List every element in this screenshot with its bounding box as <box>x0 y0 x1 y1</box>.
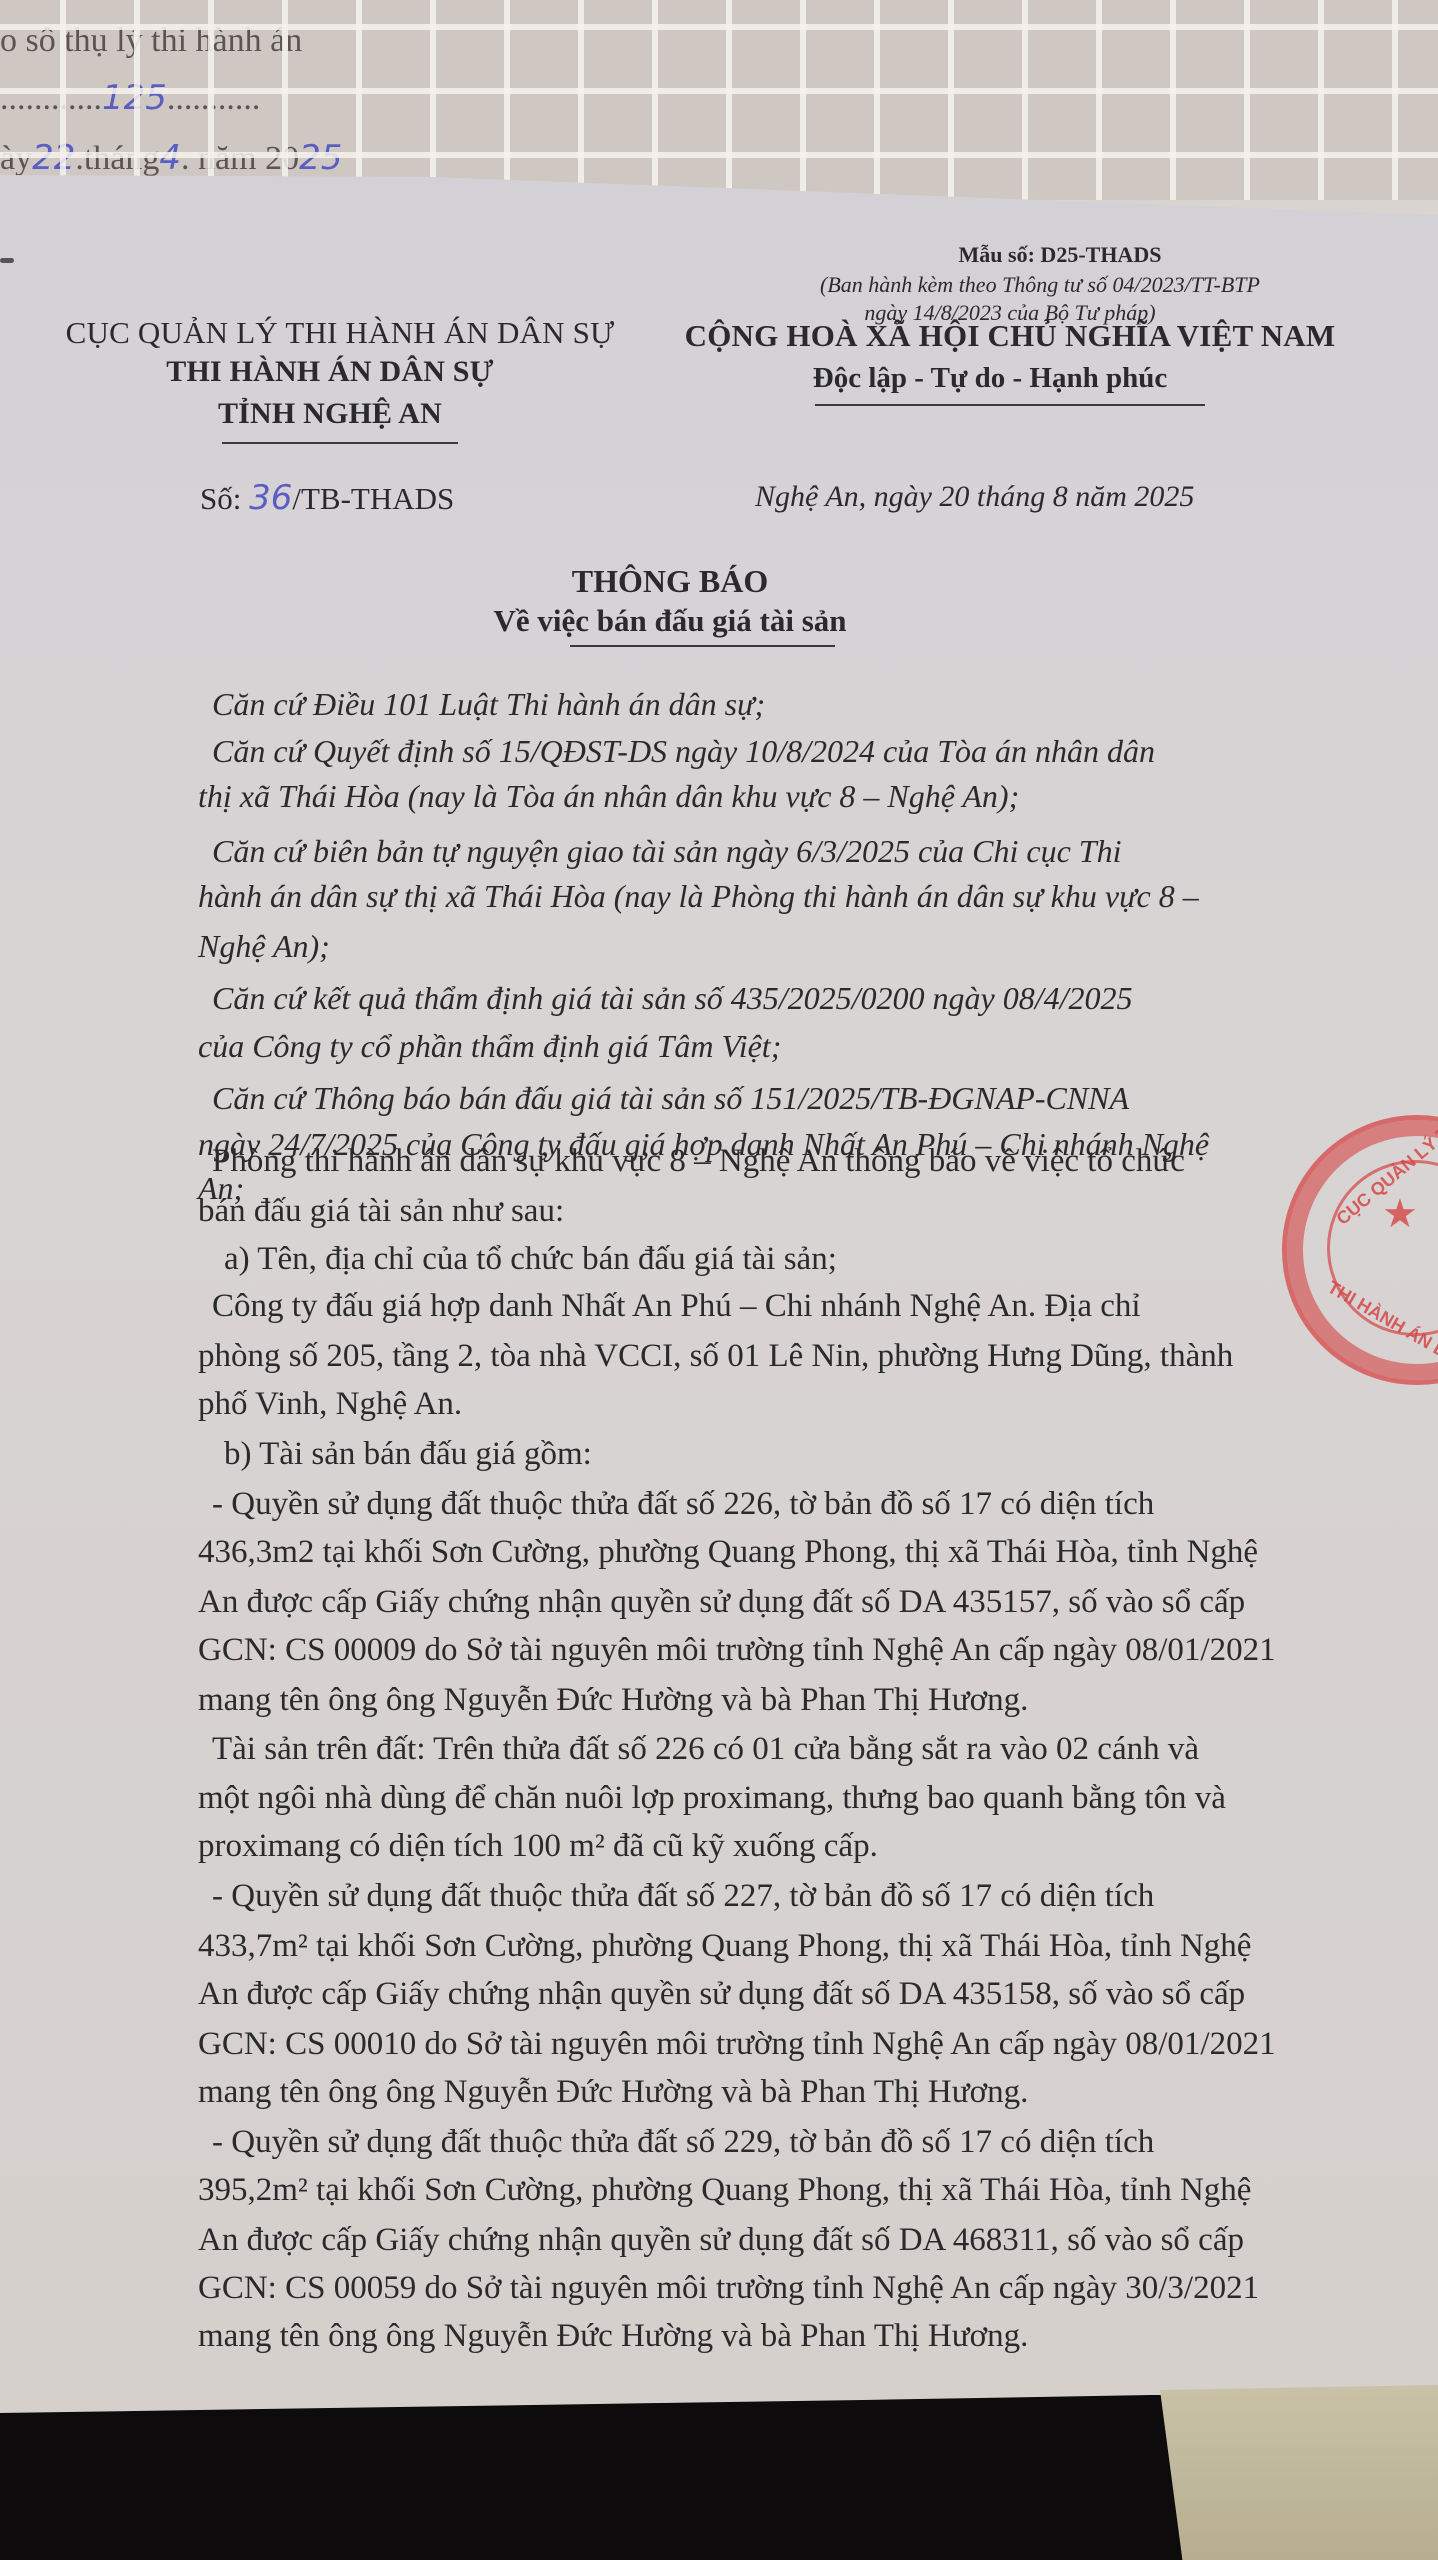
legal-basis-line: của Công ty cổ phần thẩm định giá Tâm Vi… <box>198 1030 781 1062</box>
clip-mark <box>0 258 14 263</box>
body-line: mang tên ông ông Nguyễn Đức Hường và bà … <box>198 1684 1028 1717</box>
body-line: - Quyền sử dụng đất thuộc thửa đất số 22… <box>212 2126 1154 2159</box>
body-line: phố Vinh, Nghệ An. <box>198 1388 462 1421</box>
table-surface <box>1160 2385 1438 2560</box>
legal-basis-line: Nghệ An); <box>198 930 330 962</box>
title-underline <box>570 645 835 647</box>
body-line: proximang có diện tích 100 m² đã cũ kỹ x… <box>198 1830 878 1863</box>
body-line: An được cấp Giấy chứng nhận quyền sử dụn… <box>198 1586 1245 1619</box>
body-line: An được cấp Giấy chứng nhận quyền sử dụn… <box>198 2224 1244 2257</box>
national-motto: Độc lập - Tự do - Hạnh phúc <box>760 362 1220 395</box>
seal-star-icon: ★ <box>1382 1190 1418 1237</box>
legal-basis-line: thị xã Thái Hòa (nay là Tòa án nhân dân … <box>198 780 1019 812</box>
body-line: a) Tên, địa chỉ của tổ chức bán đấu giá … <box>224 1243 837 1276</box>
notice-subtitle: Về việc bán đấu giá tài sản <box>380 603 960 639</box>
body-line: một ngôi nhà dùng để chăn nuôi lợp proxi… <box>198 1782 1226 1815</box>
handwritten-doc-number: 36 <box>249 478 292 518</box>
body-line: phòng số 205, tầng 2, tòa nhà VCCI, số 0… <box>198 1340 1233 1373</box>
wire-rack-grid <box>0 0 1438 200</box>
form-note-1: (Ban hành kèm theo Thông tư số 04/2023/T… <box>760 272 1320 298</box>
body-line: GCN: CS 00010 do Sở tài nguyên môi trườn… <box>198 2028 1276 2061</box>
legal-basis-line: Căn cứ biên bản tự nguyện giao tài sản n… <box>212 835 1121 867</box>
legal-basis-line: Căn cứ kết quả thẩm định giá tài sản số … <box>212 982 1133 1014</box>
legal-basis-line: Căn cứ Quyết định số 15/QĐST-DS ngày 10/… <box>212 735 1155 767</box>
document-number: Số: 36/TB-THADS <box>200 478 454 518</box>
body-line: GCN: CS 00059 do Sở tài nguyên môi trườn… <box>198 2272 1259 2305</box>
motto-underline <box>815 404 1205 406</box>
agency-parent: CỤC QUẢN LÝ THI HÀNH ÁN DÂN SỰ <box>30 315 650 351</box>
republic-title: CỘNG HOÀ XÃ HỘI CHỦ NGHĨA VIỆT NAM <box>660 318 1360 354</box>
place-date: Nghệ An, ngày 20 tháng 8 năm 2025 <box>755 480 1194 514</box>
legal-basis-line: Căn cứ Thông báo bán đấu giá tài sản số … <box>212 1082 1129 1114</box>
body-line: Tài sản trên đất: Trên thửa đất số 226 c… <box>212 1733 1199 1766</box>
body-line: Công ty đấu giá hợp danh Nhất An Phú – C… <box>212 1290 1141 1323</box>
legal-basis-line: Căn cứ Điều 101 Luật Thi hành án dân sự; <box>212 688 765 720</box>
body-line: - Quyền sử dụng đất thuộc thửa đất số 22… <box>212 1488 1154 1521</box>
form-code: Mẫu số: D25-THADS <box>880 242 1240 268</box>
body-line: bán đấu giá tài sản như sau: <box>198 1195 564 1228</box>
legal-basis-line: hành án dân sự thị xã Thái Hòa (nay là P… <box>198 880 1199 912</box>
body-line: 433,7m² tại khối Sơn Cường, phường Quang… <box>198 1930 1251 1963</box>
agency-province: TỈNH NGHỆ AN <box>90 397 570 431</box>
body-line: An được cấp Giấy chứng nhận quyền sử dụn… <box>198 1978 1245 2011</box>
body-line: - Quyền sử dụng đất thuộc thửa đất số 22… <box>212 1880 1154 1913</box>
body-line: mang tên ông ông Nguyễn Đức Hường và bà … <box>198 2076 1028 2109</box>
body-line: 395,2m² tại khối Sơn Cường, phường Quang… <box>198 2174 1251 2207</box>
body-line: b) Tài sản bán đấu giá gồm: <box>224 1438 592 1471</box>
body-line: Phòng thi hành án dân sự khu vực 8 – Ngh… <box>212 1145 1185 1178</box>
agency-underline <box>222 442 458 444</box>
notice-title: THÔNG BÁO <box>380 563 960 600</box>
agency-name: THI HÀNH ÁN DÂN SỰ <box>90 355 570 389</box>
body-line: 436,3m2 tại khối Sơn Cường, phường Quang… <box>198 1536 1258 1569</box>
body-line: GCN: CS 00009 do Sở tài nguyên môi trườn… <box>198 1634 1276 1667</box>
body-line: mang tên ông ông Nguyễn Đức Hường và bà … <box>198 2320 1028 2353</box>
